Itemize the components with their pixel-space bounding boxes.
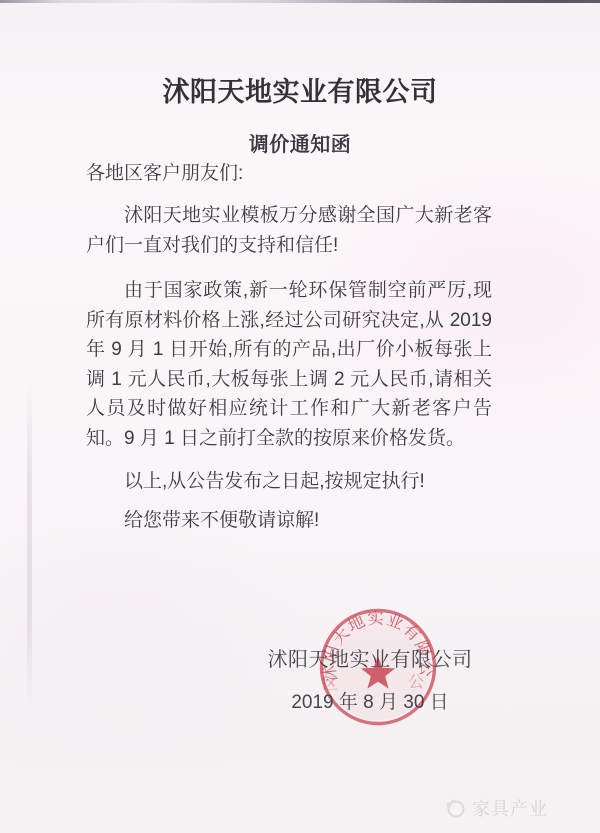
company-title: 沭阳天地实业有限公司 xyxy=(0,70,600,109)
salutation: 各地区客户朋友们: xyxy=(86,160,492,188)
letter-body: 各地区客户朋友们: 沭阳天地实业模板万分感谢全国广大新老客户们一直对我们的支持和… xyxy=(86,160,492,535)
watermark: 家具产业 xyxy=(444,795,548,821)
furniture-industry-logo-icon xyxy=(444,797,466,819)
scanned-letter-page: 沭阳天地实业有限公司 调价通知函 各地区客户朋友们: 沭阳天地实业模板万分感谢全… xyxy=(0,0,600,833)
paragraph-apology: 给您带来不便敬请谅解! xyxy=(86,506,492,536)
signature-company: 沭阳天地实业有限公司 xyxy=(240,643,500,672)
watermark-label: 家具产业 xyxy=(472,795,548,821)
paragraph-price-notice: 由于国家政策,新一轮环保管制空前严厉,现所有原材料价格上涨,经过公司研究决定,从… xyxy=(86,276,492,453)
photo-top-edge xyxy=(0,0,600,3)
signature-date: 2019 年 8 月 30 日 xyxy=(240,687,500,714)
paragraph-thanks: 沭阳天地实业模板万分感谢全国广大新老客户们一直对我们的支持和信任! xyxy=(86,201,492,260)
paragraph-effective-date: 以上,从公告发布之日起,按规定执行! xyxy=(86,467,492,497)
paper-crease xyxy=(27,380,32,710)
letter-subtitle: 调价通知函 xyxy=(0,128,600,157)
